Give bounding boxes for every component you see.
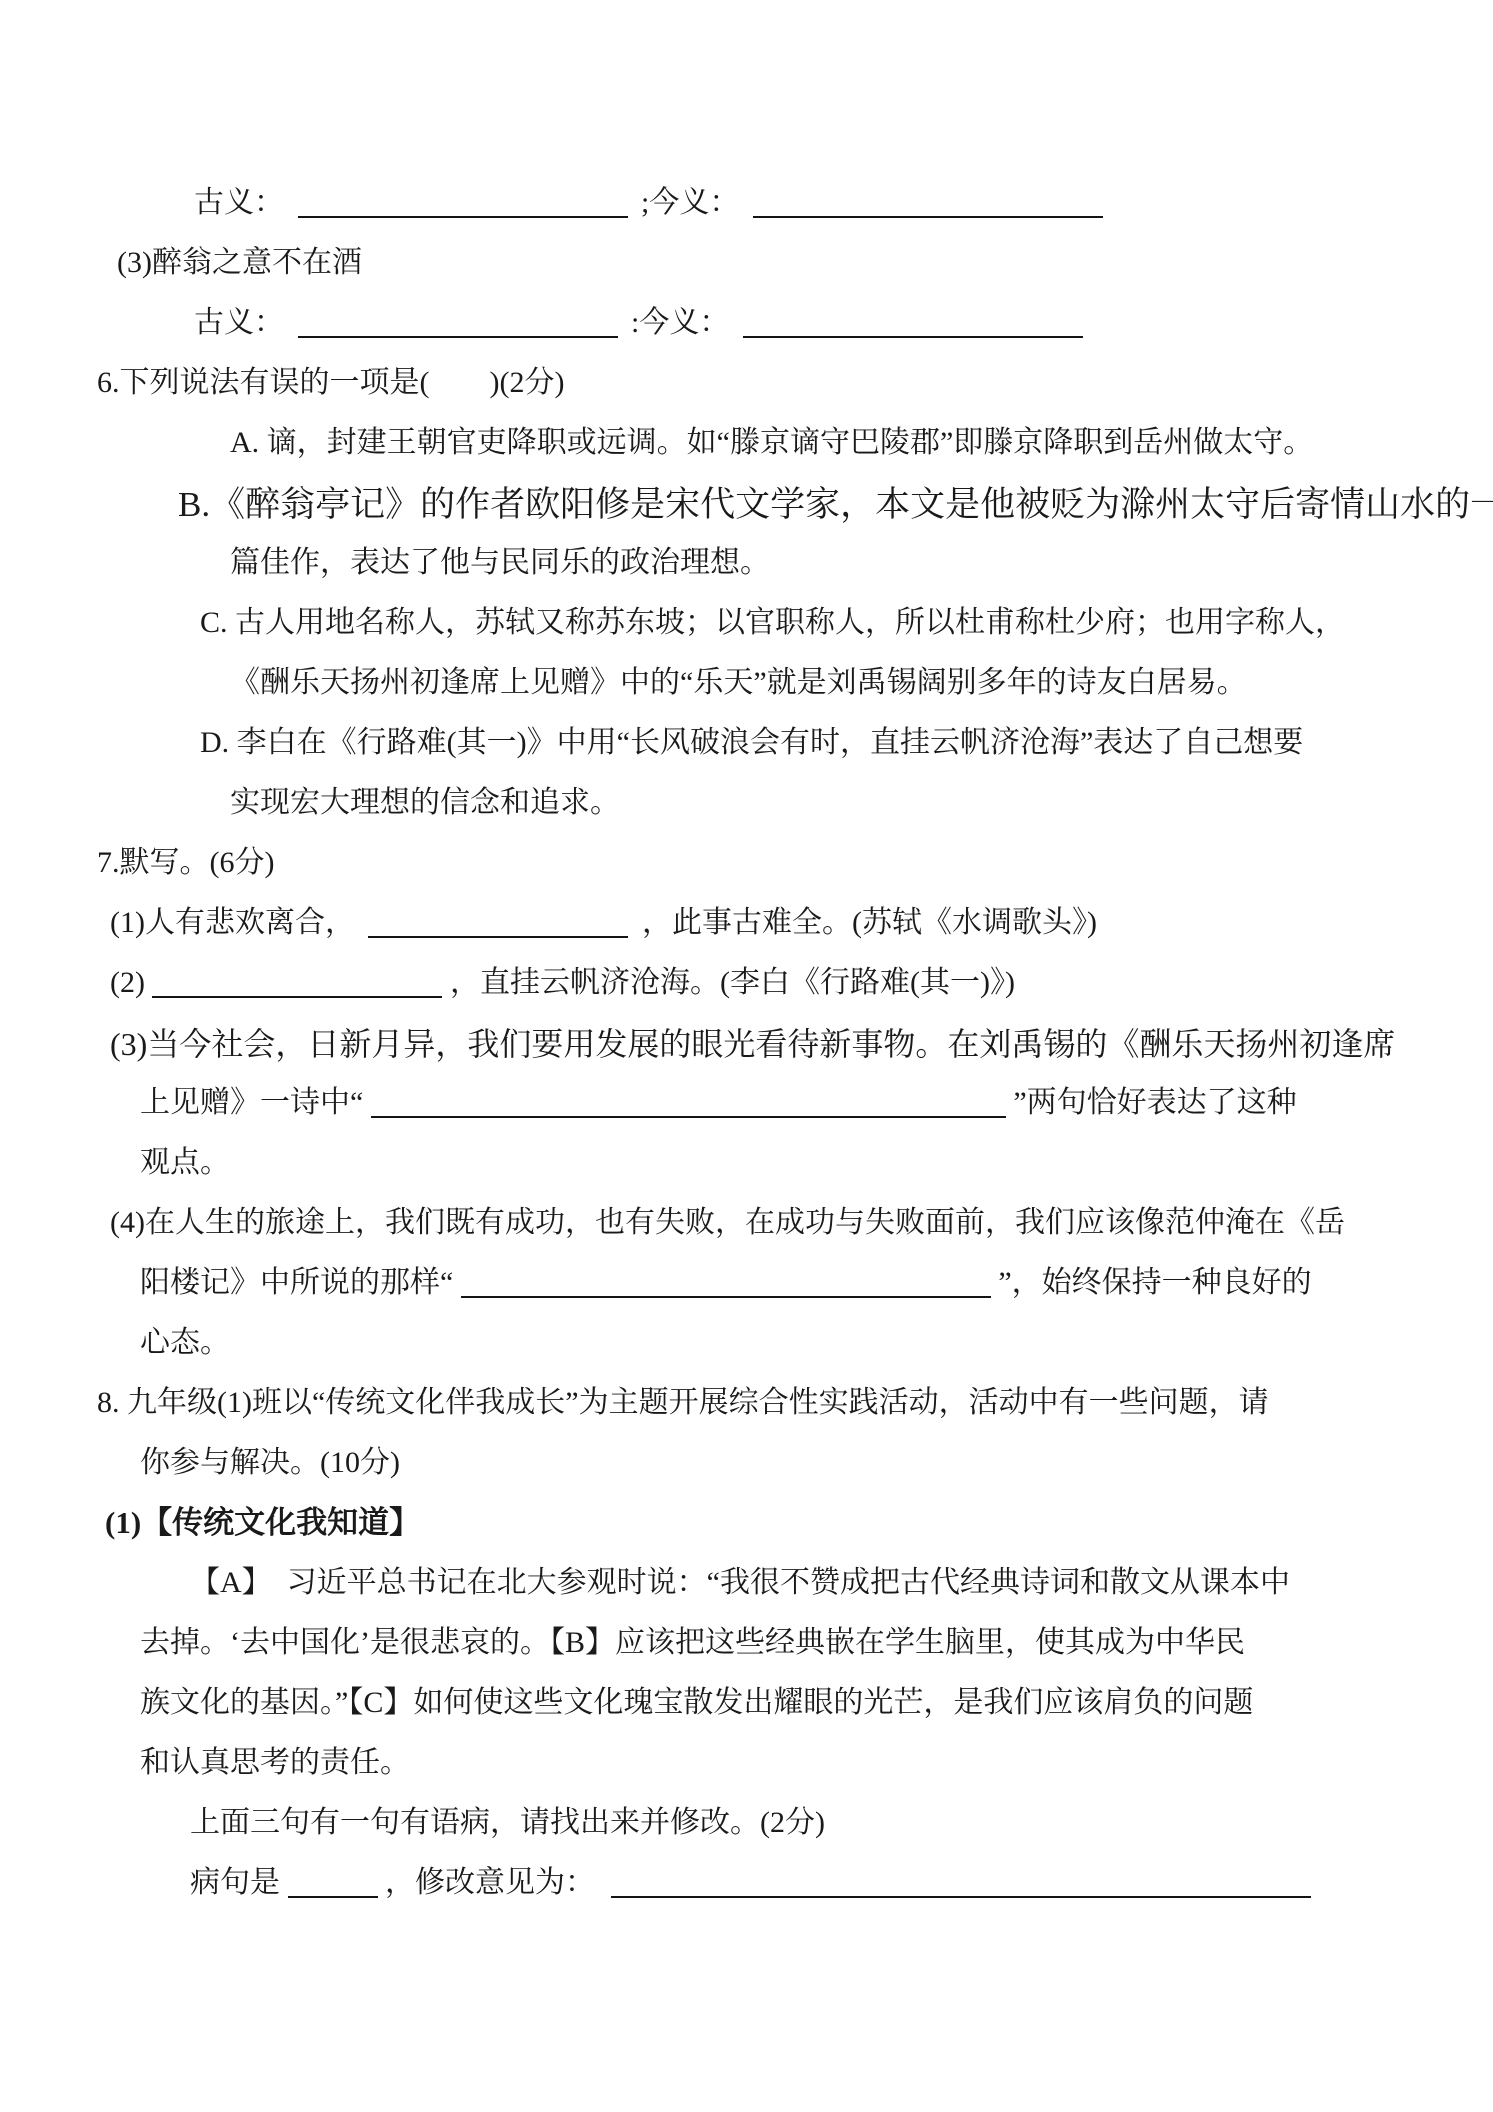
q7-item2: (2) ，直挂云帆济沧海。(李白《行路难(其一)》) <box>110 966 1405 1000</box>
answer-blank[interactable] <box>371 1086 1006 1118</box>
answer-blank[interactable] <box>298 306 618 338</box>
answer-blank[interactable] <box>368 906 628 938</box>
q5-item3-answer-line: 古义： :今义： <box>194 306 1405 340</box>
answer-blank[interactable] <box>288 1866 378 1898</box>
q5-item2-answer-line: 古义： ;今义： <box>194 186 1405 220</box>
q8-paragraph-line1: 【A】 习近平总书记在北大参观时说：“我很不赞成把古代经典诗词和散文从课本中 <box>190 1566 1405 1600</box>
q7-item4-line1: (4)在人生的旅途上，我们既有成功，也有失败，在成功与失败面前，我们应该像范仲淹… <box>110 1206 1405 1240</box>
q6-option-d-line2: 实现宏大理想的信念和追求。 <box>230 786 1405 820</box>
q7-item3-line3: 观点。 <box>140 1146 1405 1180</box>
q8-section1-heading: (1)【传统文化我知道】 <box>105 1506 1405 1540</box>
q7-stem: 7.默写。(6分) <box>97 846 1405 880</box>
answer-blank[interactable] <box>298 186 628 218</box>
q8-paragraph-line2: 去掉。‘去中国化’是很悲哀的。【B】应该把这些经典嵌在学生脑里，使其成为中华民 <box>140 1626 1405 1660</box>
q8-paragraph-line4: 和认真思考的责任。 <box>140 1746 1405 1780</box>
q8-stem-line1: 8. 九年级(1)班以“传统文化伴我成长”为主题开展综合性实践活动，活动中有一些… <box>97 1386 1405 1420</box>
exam-page: 古义： ;今义： (3)醉翁之意不在酒 古义： :今义： 6.下列说法有误的一项… <box>0 0 1493 2112</box>
q6-option-c-line1: C. 古人用地名称人，苏轼又称苏东坡；以官职称人，所以杜甫称杜少府；也用字称人， <box>200 606 1405 640</box>
jinyi-label: ;今义： <box>641 186 739 219</box>
q7-item3-line1: (3)当今社会，日新月异，我们要用发展的眼光看待新事物。在刘禹锡的《酬乐天扬州初… <box>110 1026 1405 1062</box>
q6-option-d-line1: D. 李白在《行路难(其一)》中用“长风破浪会有时，直挂云帆济沧海”表达了自己想… <box>200 726 1405 760</box>
q6-option-b-line2: 篇佳作，表达了他与民同乐的政治理想。 <box>230 546 1405 580</box>
q5-item3-heading: (3)醉翁之意不在酒 <box>117 246 1405 280</box>
answer-blank[interactable] <box>152 966 442 998</box>
q6-option-a: A. 谪，封建王朝官吏降职或远调。如“滕京谪守巴陵郡”即滕京降职到岳州做太守。 <box>230 426 1405 460</box>
q6-stem: 6.下列说法有误的一项是( )(2分) <box>97 366 1405 400</box>
answer-blank[interactable] <box>611 1866 1311 1898</box>
answer-blank[interactable] <box>743 306 1083 338</box>
answer-blank[interactable] <box>461 1266 991 1298</box>
q6-option-b-line1: B.《醉翁亭记》的作者欧阳修是宋代文学家，本文是他被贬为滁州太守后寄情山水的一 <box>178 486 1405 524</box>
q7-item3-line2: 上见赠》一诗中“ ”两句恰好表达了这种 <box>140 1086 1405 1120</box>
q8-answer-line: 病句是 ，修改意见为： <box>190 1866 1405 1900</box>
guyi-label: 古义： <box>194 306 284 339</box>
q7-item1: (1)人有悲欢离合， ，此事古难全。(苏轼《水调歌头》) <box>110 906 1405 940</box>
jinyi-label: :今义： <box>631 306 729 339</box>
guyi-label: 古义： <box>194 186 284 219</box>
q7-item4-line2: 阳楼记》中所说的那样“ ”，始终保持一种良好的 <box>140 1266 1405 1300</box>
q6-option-c-line2: 《酬乐天扬州初逢席上见赠》中的“乐天”就是刘禹锡阔别多年的诗友白居易。 <box>230 666 1405 700</box>
q8-task: 上面三句有一句有语病，请找出来并修改。(2分) <box>190 1806 1405 1840</box>
q8-stem-line2: 你参与解决。(10分) <box>140 1446 1405 1480</box>
q8-paragraph-line3: 族文化的基因。”【C】如何使这些文化瑰宝散发出耀眼的光芒，是我们应该肩负的问题 <box>140 1686 1405 1720</box>
answer-blank[interactable] <box>753 186 1103 218</box>
q7-item4-line3: 心态。 <box>140 1326 1405 1360</box>
